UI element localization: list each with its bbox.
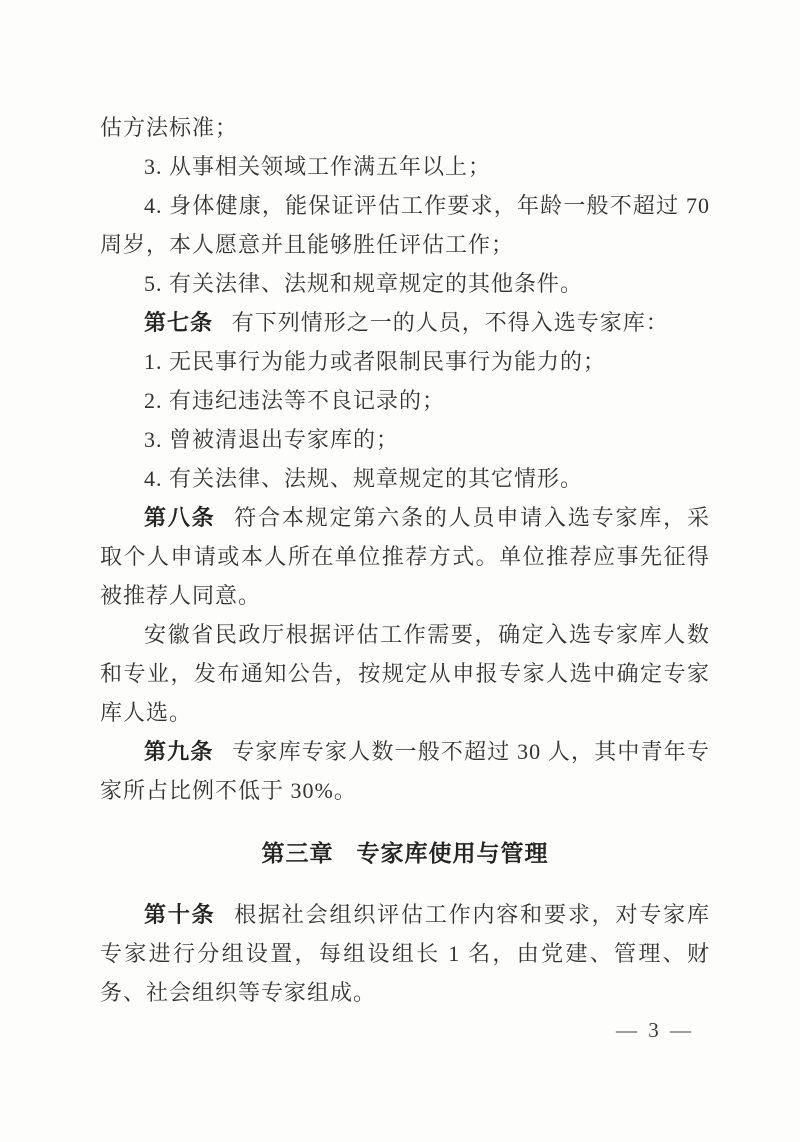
paragraph: 3. 从事相关领域工作满五年以上； [100, 147, 710, 186]
paragraph: 第七条有下列情形之一的人员，不得入选专家库： [100, 303, 710, 342]
paragraph: 第九条专家库专家人数一般不超过 30 人，其中青年专家所占比例不低于 30%。 [100, 732, 710, 810]
paragraph: 安徽省民政厅根据评估工作需要，确定入选专家库人数和专业，发布通知公告，按规定从申… [100, 615, 710, 732]
paragraph-text: 3. 从事相关领域工作满五年以上； [144, 154, 491, 179]
article-label: 第十条 [144, 902, 216, 927]
paragraph-text: 2. 有违纪违法等不良记录的； [144, 388, 445, 413]
paragraph-text: 估方法标准； [100, 115, 238, 140]
paragraph-text: 4. 身体健康，能保证评估工作要求，年龄一般不超过 70 周岁，本人愿意并且能够… [100, 193, 710, 257]
document-page: 估方法标准；3. 从事相关领域工作满五年以上；4. 身体健康，能保证评估工作要求… [0, 0, 800, 1142]
article-label: 第七条 [144, 310, 213, 335]
paragraph-text: 有下列情形之一的人员，不得入选专家库： [232, 310, 669, 335]
paragraph: 估方法标准； [100, 108, 710, 147]
page-number: — 3 — [616, 1016, 694, 1044]
chapter-title-text: 专家库使用与管理 [357, 840, 549, 866]
article-label: 第八条 [144, 505, 216, 530]
paragraph-text: 3. 曾被清退出专家库的； [144, 427, 399, 452]
paragraph-text: 5. 有关法律、法规和规章规定的其他条件。 [144, 271, 583, 296]
paragraph-text: 安徽省民政厅根据评估工作需要，确定入选专家库人数和专业，发布通知公告，按规定从申… [100, 622, 710, 725]
chapter-heading: 第三章专家库使用与管理 [100, 834, 710, 873]
paragraph: 5. 有关法律、法规和规章规定的其他条件。 [100, 264, 710, 303]
paragraph: 4. 有关法律、法规、规章规定的其它情形。 [100, 459, 710, 498]
chapter-label: 第三章 [262, 840, 334, 866]
paragraph-text: 1. 无民事行为能力或者限制民事行为能力的； [144, 349, 606, 374]
paragraph: 第八条符合本规定第六条的人员申请入选专家库，采取个人申请或本人所在单位推荐方式。… [100, 498, 710, 615]
paragraph-text: 4. 有关法律、法规、规章规定的其它情形。 [144, 466, 583, 491]
document-body: 估方法标准；3. 从事相关领域工作满五年以上；4. 身体健康，能保证评估工作要求… [100, 108, 710, 1012]
paragraph: 4. 身体健康，能保证评估工作要求，年龄一般不超过 70 周岁，本人愿意并且能够… [100, 186, 710, 264]
paragraph: 第十条根据社会组织评估工作内容和要求，对专家库专家进行分组设置，每组设组长 1 … [100, 895, 710, 1012]
paragraph: 2. 有违纪违法等不良记录的； [100, 381, 710, 420]
paragraph: 3. 曾被清退出专家库的； [100, 420, 710, 459]
article-label: 第九条 [144, 739, 214, 764]
paragraph: 1. 无民事行为能力或者限制民事行为能力的； [100, 342, 710, 381]
